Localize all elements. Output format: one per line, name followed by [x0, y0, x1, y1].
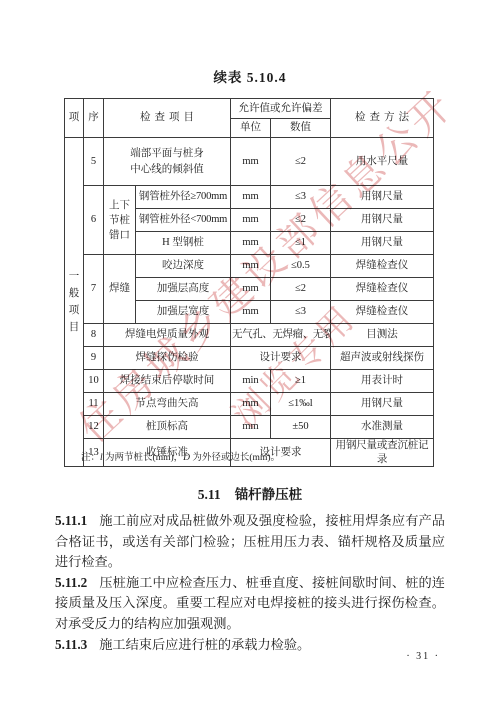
- cell-method: 用钢尺量: [331, 393, 434, 416]
- item-line: 端部平面与桩身: [105, 146, 229, 162]
- cell-unit: mm: [231, 255, 271, 278]
- cell-unit: mm: [231, 278, 271, 301]
- clause: 5.11.1施工前应对成品桩做外观及强度检验，接桩用焊条应有产品合格证书，或送有…: [55, 511, 445, 573]
- cell-method: 用钢尺量或查沉桩记录: [331, 439, 434, 467]
- cell-method: 用水平尺量: [331, 138, 434, 186]
- cell-value: ≤1‰l: [271, 393, 331, 416]
- clause-text: 压桩施工中应检查压力、桩垂直度、接桩间歇时间、桩的连接质量及压入深度。重要工程应…: [55, 575, 445, 631]
- clause-number: 5.11.1: [55, 513, 99, 528]
- cell-item: 端部平面与桩身 中心线的倾斜值: [104, 138, 231, 186]
- cell-seq: 6: [84, 186, 104, 255]
- cell-item: 加强层宽度: [136, 301, 231, 324]
- cell-group: 上下 节桩 错口: [104, 186, 136, 255]
- clause: 5.11.3施工结束后应进行桩的承载力检验。: [55, 635, 445, 656]
- cell-item: 焊缝探伤检验: [104, 347, 231, 370]
- note-text: 为外径或边长(mm)。: [190, 453, 280, 463]
- table-row: 6 上下 节桩 错口 钢管桩外径≥700mm mm ≤3 用钢尺量: [65, 186, 434, 209]
- cell-method: 焊缝检查仪: [331, 255, 434, 278]
- clause: 5.11.2压桩施工中应检查压力、桩垂直度、接桩间歇时间、桩的连接质量及压入深度…: [55, 573, 445, 635]
- cell-method: 用钢尺量: [331, 232, 434, 255]
- clause-number: 5.11.3: [55, 637, 99, 652]
- cell-item: 桩顶标高: [104, 416, 231, 439]
- item-line: 中心线的倾斜值: [105, 162, 229, 178]
- cell-unit: mm: [231, 232, 271, 255]
- cell-seq: 5: [84, 138, 104, 186]
- cell-seq: 12: [84, 416, 104, 439]
- cell-item: 钢管桩外径≥700mm: [136, 186, 231, 209]
- cell-value: ≤3: [271, 301, 331, 324]
- page-number: · 31 ·: [406, 651, 440, 662]
- note-symbol-d: D: [183, 453, 190, 463]
- cell-item: 加强层高度: [136, 278, 231, 301]
- category-char: 目: [66, 319, 82, 336]
- table-row: 一 般 项 目 5 端部平面与桩身 中心线的倾斜值 mm ≤2 用水平尺量: [65, 138, 434, 186]
- cell-value: ±50: [271, 416, 331, 439]
- cell-seq: 11: [84, 393, 104, 416]
- table-row: 7 焊缝 咬边深度 mm ≤0.5 焊缝检查仪: [65, 255, 434, 278]
- cell-item: 钢管桩外径<700mm: [136, 209, 231, 232]
- header-allow: 允许值或允许偏差: [231, 99, 331, 119]
- note-text: 为两节桩长(mm)，: [103, 453, 183, 463]
- cell-unit: min: [231, 370, 271, 393]
- header-seq: 序: [84, 99, 104, 138]
- cell-method: 目测法: [331, 324, 434, 347]
- section-heading: 5.11锚杆静压桩: [0, 483, 500, 503]
- table-row: 10 焊接结束后停歇时间 min ≥1 用表计时: [65, 370, 434, 393]
- category-char: 般: [66, 285, 82, 302]
- section-title: 锚杆静压桩: [235, 487, 303, 502]
- cell-unit: mm: [231, 186, 271, 209]
- cell-item: 焊缝电焊质量外观: [104, 324, 231, 347]
- cell-value: ≤2: [271, 209, 331, 232]
- cell-seq: 8: [84, 324, 104, 347]
- category-cell: 一 般 项 目: [65, 138, 84, 467]
- cell-unit: mm: [231, 301, 271, 324]
- table-row: 12 桩顶标高 mm ±50 水准测量: [65, 416, 434, 439]
- group-line: 错口: [105, 228, 134, 243]
- cell-unit: mm: [231, 416, 271, 439]
- header-unit: 单位: [231, 119, 271, 138]
- header-check-item: 检查项目: [104, 99, 231, 138]
- cell-item: 节点弯曲矢高: [104, 393, 231, 416]
- inspection-table: 项 序 检查项目 允许值或允许偏差 检查方法 单位 数值 一 般 项 目 5: [64, 98, 434, 467]
- cell-seq: 9: [84, 347, 104, 370]
- category-char: 一: [66, 268, 82, 285]
- group-line: 上下: [105, 198, 134, 213]
- cell-item: H 型钢桩: [136, 232, 231, 255]
- cell-method: 焊缝检查仪: [331, 278, 434, 301]
- cell-method: 焊缝检查仪: [331, 301, 434, 324]
- cell-value: ≤2: [271, 278, 331, 301]
- table-note: 注：l 为两节桩长(mm)，D 为外径或边长(mm)。: [81, 449, 280, 463]
- cell-unit: mm: [231, 209, 271, 232]
- table-row: 8 焊缝电焊质量外观 无气孔、无焊瘤、无裂缝 目测法: [65, 324, 434, 347]
- header-method: 检查方法: [331, 99, 434, 138]
- header-item: 项: [65, 99, 84, 138]
- cell-value: ≤1: [271, 232, 331, 255]
- category-char: 项: [66, 302, 82, 319]
- cell-method: 水准测量: [331, 416, 434, 439]
- group-line: 节桩: [105, 213, 134, 228]
- cell-value: ≤3: [271, 186, 331, 209]
- cell-seq: 10: [84, 370, 104, 393]
- table-row: 11 节点弯曲矢高 mm ≤1‰l 用钢尺量: [65, 393, 434, 416]
- cell-unit: mm: [231, 138, 271, 186]
- clause-text: 施工前应对成品桩做外观及强度检验，接桩用焊条应有产品合格证书，或送有关部门检验；…: [55, 513, 445, 569]
- cell-item: 焊接结束后停歇时间: [104, 370, 231, 393]
- cell-method: 用表计时: [331, 370, 434, 393]
- cell-method: 用钢尺量: [331, 186, 434, 209]
- clauses-block: 5.11.1施工前应对成品桩做外观及强度检验，接桩用焊条应有产品合格证书，或送有…: [55, 511, 445, 655]
- table-row: 9 焊缝探伤检验 设计要求 超声波或射线探伤: [65, 347, 434, 370]
- cell-method: 超声波或射线探伤: [331, 347, 434, 370]
- cell-value: ≤0.5: [271, 255, 331, 278]
- cell-method: 用钢尺量: [331, 209, 434, 232]
- clause-number: 5.11.2: [55, 575, 99, 590]
- cell-value: 无气孔、无焊瘤、无裂缝: [231, 324, 331, 347]
- cell-unit: mm: [231, 393, 271, 416]
- cell-seq: 7: [84, 255, 104, 324]
- cell-value: ≤2: [271, 138, 331, 186]
- cell-group: 焊缝: [104, 255, 136, 324]
- cell-item: 咬边深度: [136, 255, 231, 278]
- cell-value: ≥1: [271, 370, 331, 393]
- document-page: 住房城乡建设部信息公开 浏览专用 续表 5.10.4 项 序 检查项目 允许值或…: [0, 0, 500, 725]
- clause-text: 施工结束后应进行桩的承载力检验。: [99, 637, 310, 652]
- table-title: 续表 5.10.4: [0, 66, 500, 86]
- note-label: 注：: [81, 453, 100, 463]
- header-value: 数值: [271, 119, 331, 138]
- table-header-row-1: 项 序 检查项目 允许值或允许偏差 检查方法: [65, 99, 434, 119]
- section-number: 5.11: [198, 487, 221, 502]
- cell-value: 设计要求: [231, 347, 331, 370]
